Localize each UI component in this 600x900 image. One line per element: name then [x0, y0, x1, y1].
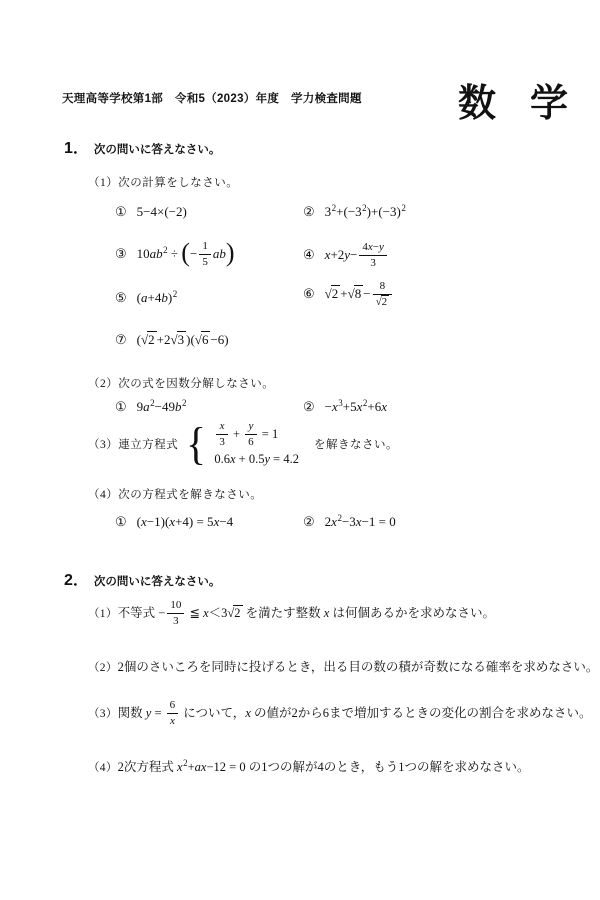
s1-p1-label-text: 次の計算をしなさい。	[118, 177, 238, 189]
s2-item-4: （4）2次方程式 x2+ax−12 = 0 の1つの解が4のとき，もう1つの解を…	[88, 757, 529, 775]
circled-number-1: ①	[115, 204, 127, 219]
s1-p4-item-1: ①(x−1)(x+4) = 5x−4	[115, 513, 233, 531]
s1-p1-item-2: ②32+(−32)+(−3)2	[303, 203, 406, 221]
system-brace: {	[186, 421, 206, 467]
s1-p4-item-2: ②2x2−3x−1 = 0	[303, 513, 396, 531]
equation-system: x3 + y6 = 1 0.6x + 0.5y = 4.2	[214, 421, 299, 466]
exam-header-info: 天理高等学校第1部 令和5（2023）年度 学力検査問題	[62, 90, 362, 106]
math-expression: 9a2−49b2	[137, 399, 187, 414]
s2-item-1: （1）不等式 −103 ≦ x＜3√2 を満たす整数 x は何個あるかを求めなさ…	[88, 600, 495, 628]
circled-number-6: ⑥	[303, 286, 315, 301]
s1-p1-label: （1）次の計算をしなさい。	[88, 174, 238, 190]
circled-number-2: ②	[303, 399, 315, 414]
s1-p4-label: （4）次の方程式を解きなさい。	[88, 486, 262, 502]
math-expression: −x3+5x2+6x	[325, 399, 387, 414]
s1-p2-item-1: ①9a2−49b2	[115, 398, 187, 416]
circled-number-1: ①	[115, 514, 127, 529]
subject-title: 数 学	[458, 72, 566, 127]
s1-p3-label: （3）連立方程式	[88, 436, 178, 452]
s2-item-2-label: （2）	[88, 662, 118, 674]
circled-number-2: ②	[303, 204, 315, 219]
s1-p4-label-text: 次の方程式を解きなさい。	[118, 489, 262, 501]
circled-number-1: ①	[115, 399, 127, 414]
s1-p1-item-6: ⑥√2+√8−8√2	[303, 281, 394, 309]
s1-p3-label-text: 連立方程式	[118, 439, 178, 451]
section1-heading: 1．次の問いに答えなさい。	[64, 135, 220, 158]
s2-item-4-label: （4）	[88, 762, 118, 774]
s1-p2-label-text: 次の式を因数分解しなさい。	[118, 378, 274, 390]
math-expression: 5−4×(−2)	[137, 204, 187, 219]
circled-number-2: ②	[303, 514, 315, 529]
circled-number-7: ⑦	[115, 332, 127, 347]
s1-p2-label-number: （2）	[88, 378, 118, 390]
s1-p3: （3）連立方程式 { x3 + y6 = 1 0.6x + 0.5y = 4.2…	[88, 420, 398, 468]
section1-number: 1．	[64, 140, 89, 157]
section2-number: 2．	[64, 572, 89, 589]
s1-p2-label: （2）次の式を因数分解しなさい。	[88, 375, 274, 391]
math-expression: (a+4b)2	[137, 290, 178, 305]
s1-p4-label-number: （4）	[88, 489, 118, 501]
circled-number-3: ③	[115, 246, 127, 261]
math-expression: 10ab2 ÷ (−15ab)	[137, 246, 235, 261]
section1-title: 次の問いに答えなさい。	[94, 144, 221, 156]
equation-1: x3 + y6 = 1	[214, 421, 299, 449]
s1-p2-item-2: ②−x3+5x2+6x	[303, 398, 387, 416]
s1-p1-item-7: ⑦(√2+2√3)(√6−6)	[115, 331, 229, 349]
math-expression: 2個のさいころを同時に投げるとき，出る目の数の積が奇数になる確率を求めなさい。	[118, 660, 599, 674]
s2-item-3-label: （3）	[88, 708, 118, 720]
s2-item-3: （3）関数 y = 6x について，x の値が2から6まで増加するときの変化の割…	[88, 700, 592, 728]
s1-p1-label-number: （1）	[88, 177, 118, 189]
math-expression: √2+√8−8√2	[325, 286, 395, 301]
math-expression: 不等式 −103 ≦ x＜3√2 を満たす整数 x は何個あるかを求めなさい。	[118, 606, 495, 620]
s2-item-2: （2）2個のさいころを同時に投げるとき，出る目の数の積が奇数になる確率を求めなさ…	[88, 657, 598, 675]
math-expression: (x−1)(x+4) = 5x−4	[137, 514, 234, 529]
s2-item-1-label: （1）	[88, 608, 118, 620]
s1-p1-item-4: ④x+2y−4x−y3	[303, 242, 389, 270]
math-expression: 2次方程式 x2+ax−12 = 0 の1つの解が4のとき，もう1つの解を求めな…	[118, 760, 530, 774]
equation-2: 0.6x + 0.5y = 4.2	[214, 452, 299, 467]
math-expression: 2x2−3x−1 = 0	[325, 514, 396, 529]
math-expression: x+2y−4x−y3	[325, 247, 389, 262]
s1-p1-item-3: ③10ab2 ÷ (−15ab)	[115, 240, 234, 270]
circled-number-5: ⑤	[115, 290, 127, 305]
section2-heading: 2．次の問いに答えなさい。	[64, 567, 220, 590]
math-expression: (√2+2√3)(√6−6)	[137, 331, 229, 347]
math-expression: 32+(−32)+(−3)2	[325, 204, 406, 219]
exam-page: 天理高等学校第1部 令和5（2023）年度 学力検査問題 数 学 1．次の問いに…	[0, 0, 600, 900]
circled-number-4: ④	[303, 247, 315, 262]
s1-p1-item-1: ①5−4×(−2)	[115, 203, 187, 221]
section2-title: 次の問いに答えなさい。	[94, 576, 221, 588]
s1-p3-suffix-text: を解きなさい。	[314, 436, 398, 452]
s1-p3-label-number: （3）	[88, 439, 118, 451]
math-expression: 関数 y = 6x について，x の値が2から6まで増加するときの変化の割合を求…	[118, 706, 592, 720]
s1-p1-item-5: ⑤(a+4b)2	[115, 289, 177, 307]
